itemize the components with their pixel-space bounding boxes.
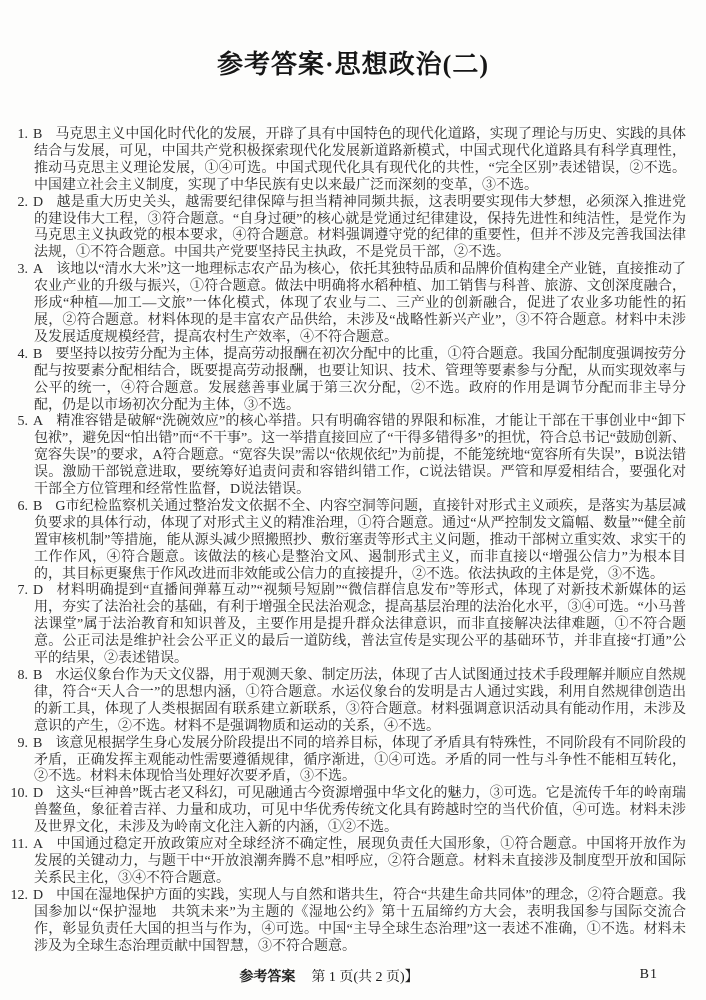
answer-choice: D xyxy=(28,888,56,903)
answer-item: 4.B要坚持以按劳分配为主体，提高劳动报酬在初次分配中的比重，①符合题意。我国分… xyxy=(6,347,686,415)
answer-explanation: 水运仪象台作为天文仪器，用于观测天象、制定历法，体现了古人试图通过技术手段理解并… xyxy=(34,668,686,734)
answer-explanation: 中国通过稳定开放政策应对全球经济不确定性，展现负责任大国形象，①符合题意。中国将… xyxy=(34,837,686,886)
answer-item: 3.A该地以“清水大米”这一地理标志农产品为核心，依托其独特品质和品牌价值构建全… xyxy=(6,262,686,347)
answer-choice: B xyxy=(28,347,55,362)
answer-item: 8.B水运仪象台作为天文仪器，用于观测天象、制定历法，体现了古人试图通过技术手段… xyxy=(6,668,686,736)
question-number: 1. xyxy=(6,127,28,144)
answer-explanation: 材料明确提到“直播间弹幕互动”“视频号短剧”“微信群信息发布”等形式，体现了对新… xyxy=(34,583,686,666)
answer-item: 10.D这头“巨神兽”既古老又科幻，可见融通古今资源增强中华文化的魅力，③可选。… xyxy=(6,786,686,837)
question-number: 10. xyxy=(6,786,28,803)
answer-item: 9.B该意见根据学生身心发展分阶段提出不同的培养目标，体现了矛盾具有特殊性，不同… xyxy=(6,736,686,787)
answer-explanation: G市纪检监察机关通过整治发文依据不全、内容空洞等问题，直接针对形式主义顽疾，是落… xyxy=(34,499,686,582)
answer-item: 11.A中国通过稳定开放政策应对全球经济不确定性，展现负责任大国形象，①符合题意… xyxy=(6,837,686,888)
footer-center: 参考答案第 1 页(共 2 页)】 xyxy=(0,966,682,986)
question-number: 12. xyxy=(6,888,28,905)
answer-choice: D xyxy=(28,583,56,598)
answer-explanation: 中国在湿地保护方面的实践，实现人与自然和谐共生，符合“共建生命共同体”的理念，②… xyxy=(34,888,686,954)
footer-label: 参考答案 xyxy=(239,970,295,985)
answer-choice: D xyxy=(28,786,56,801)
answer-explanation: 这头“巨神兽”既古老又科幻，可见融通古今资源增强中华文化的魅力，③可选。它是流传… xyxy=(34,786,686,835)
answer-explanation: 精准容错是破解“洗碗效应”的核心举措。只有明确容错的界限和标准，才能让干部在干事… xyxy=(34,414,686,497)
answer-item: 6.BG市纪检监察机关通过整治发文依据不全、内容空洞等问题，直接针对形式主义顽疾… xyxy=(6,499,686,584)
answer-item: 2.D越是重大历史关头，越需要纪律保障与担当精神同频共振，这表明要实现伟大梦想，… xyxy=(6,195,686,263)
answer-choice: B xyxy=(28,668,55,683)
answer-choice: B xyxy=(28,127,55,142)
question-number: 4. xyxy=(6,347,28,364)
answer-explanation: 该地以“清水大米”这一地理标志农产品为核心，依托其独特品质和品牌价值构建全产业链… xyxy=(34,262,686,345)
answer-item: 12.D中国在湿地保护方面的实践，实现人与自然和谐共生，符合“共建生命共同体”的… xyxy=(6,888,686,956)
question-number: 9. xyxy=(6,736,28,753)
question-number: 3. xyxy=(6,262,28,279)
question-number: 5. xyxy=(6,414,28,431)
answer-item: 1.B马克思主义中国化时代化的发展，开辟了具有中国特色的现代化道路，实现了理论与… xyxy=(6,127,686,195)
answers-list: 1.B马克思主义中国化时代化的发展，开辟了具有中国特色的现代化道路，实现了理论与… xyxy=(6,127,686,955)
question-number: 8. xyxy=(6,668,28,685)
answer-choice: A xyxy=(28,414,56,429)
question-number: 11. xyxy=(6,837,28,854)
answer-choice: A xyxy=(28,262,56,277)
answer-choice: B xyxy=(28,736,55,751)
answer-item: 5.A精准容错是破解“洗碗效应”的核心举措。只有明确容错的界限和标准，才能让干部… xyxy=(6,414,686,499)
answer-explanation: 马克思主义中国化时代化的发展，开辟了具有中国特色的现代化道路，实现了理论与历史、… xyxy=(34,127,686,193)
answer-explanation: 越是重大历史关头，越需要纪律保障与担当精神同频共振，这表明要实现伟大梦想，必须深… xyxy=(34,195,686,261)
page-code: B1 xyxy=(640,967,658,983)
answer-item: 7.D材料明确提到“直播间弹幕互动”“视频号短剧”“微信群信息发布”等形式，体现… xyxy=(6,583,686,668)
answer-explanation: 要坚持以按劳分配为主体，提高劳动报酬在初次分配中的比重，①符合题意。我国分配制度… xyxy=(34,347,686,413)
answer-explanation: 该意见根据学生身心发展分阶段提出不同的培养目标，体现了矛盾具有特殊性，不同阶段有… xyxy=(34,736,686,785)
question-number: 7. xyxy=(6,583,28,600)
page-footer: 参考答案第 1 页(共 2 页)】 B1 xyxy=(0,966,706,986)
question-number: 6. xyxy=(6,499,28,516)
page-title: 参考答案·思想政治(二) xyxy=(0,0,706,81)
answer-choice: D xyxy=(28,195,56,210)
page-number: 第 1 页(共 2 页)】 xyxy=(311,970,418,985)
answer-choice: B xyxy=(28,499,55,514)
answer-choice: A xyxy=(28,837,56,852)
answer-sheet-page: 参考答案·思想政治(二) 1.B马克思主义中国化时代化的发展，开辟了具有中国特色… xyxy=(0,0,706,1000)
question-number: 2. xyxy=(6,195,28,212)
